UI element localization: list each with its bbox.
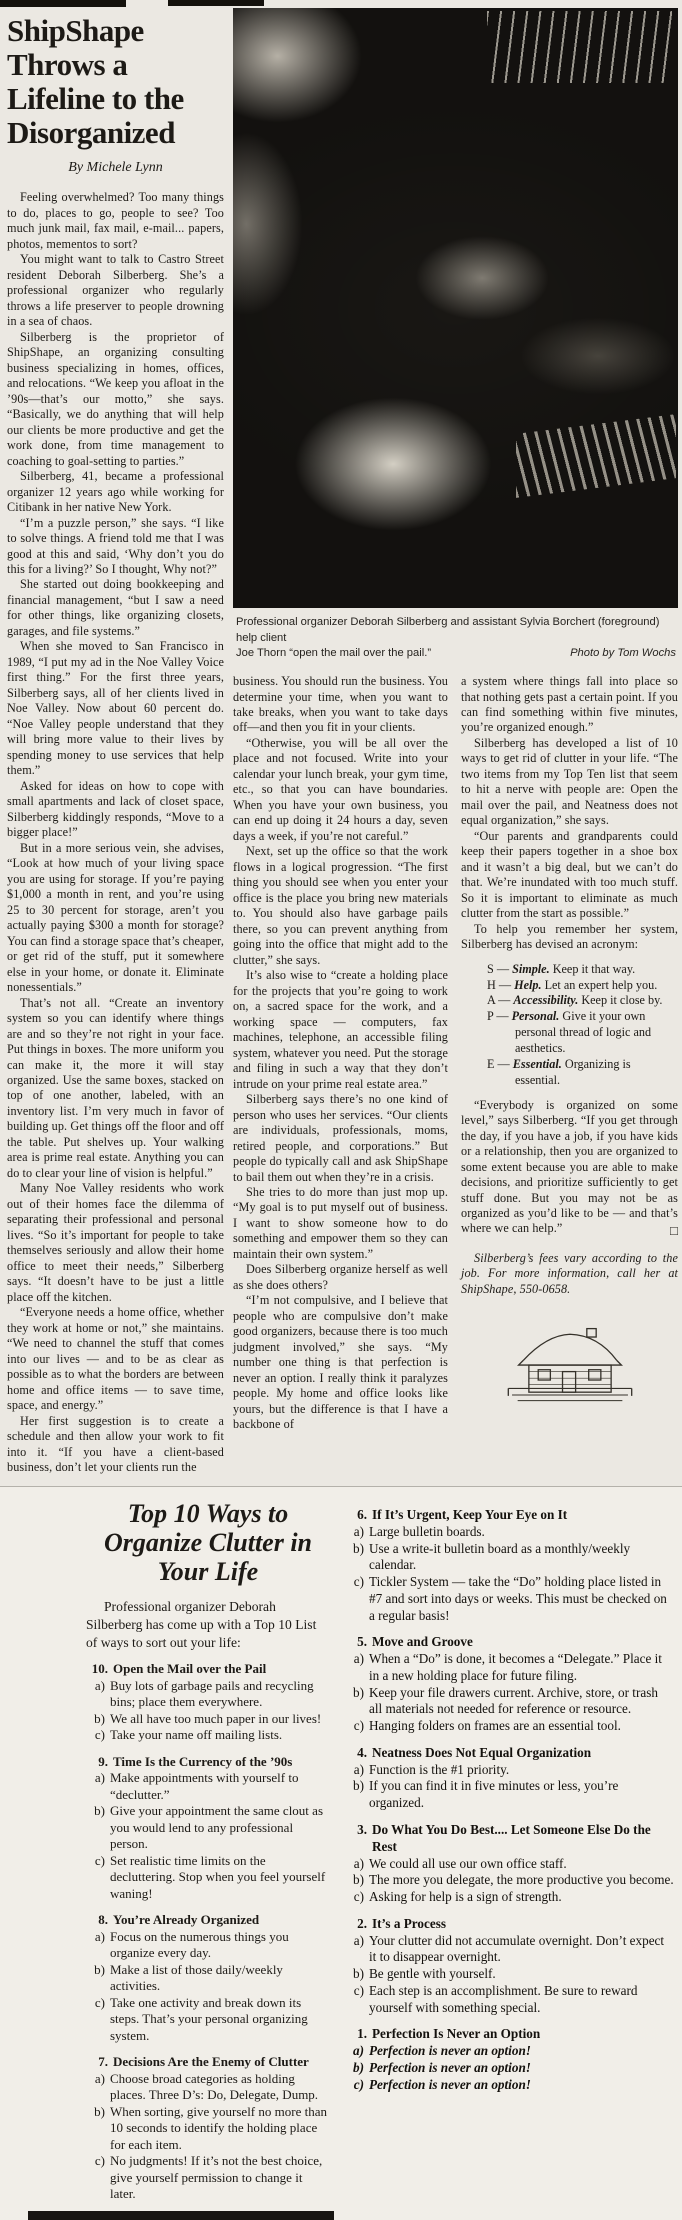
article-paragraph: Many Noe Valley residents who work out o…: [7, 1181, 224, 1305]
cabin-illustration: [495, 1323, 645, 1409]
point-text: Perfection is never an option!: [369, 2043, 531, 2060]
top-ten-left-column: Top 10 Ways to Organize Clutter in Your …: [86, 1497, 330, 2220]
top-ten-item-heading: 10.Open the Mail over the Pail: [86, 1661, 330, 1678]
point-label: b): [345, 1778, 364, 1812]
top-ten-item: 2.It’s a Processa)Your clutter did not a…: [345, 1916, 674, 2017]
acronym-term: Essential.: [513, 1057, 562, 1071]
top-ten-item: 5.Move and Groovea)When a “Do” is done, …: [345, 1634, 674, 1735]
point-text: Perfection is never an option!: [369, 2077, 531, 2094]
top-ten-point: a)Your clutter did not accumulate overni…: [345, 1933, 674, 1967]
point-label: a): [345, 2043, 364, 2060]
top-ten-point: a)Focus on the numerous things you organ…: [86, 1929, 330, 1962]
top-ten-item: 4.Neatness Does Not Equal Organizationa)…: [345, 1745, 674, 1812]
acronym-entry: A — Accessibility. Keep it close by.: [487, 993, 678, 1009]
acronym-term: Help.: [514, 978, 541, 992]
article-lower-columns: business. You should run the business. Y…: [233, 662, 678, 1433]
article-paragraph: business. You should run the business. Y…: [233, 674, 448, 736]
top-ten-point: c)Take your name off mailing lists.: [86, 1727, 330, 1744]
item-title: Neatness Does Not Equal Organization: [372, 1745, 591, 1762]
page-crop-artifact: [28, 2211, 334, 2220]
acronym-entry: S — Simple. Keep it that way.: [487, 962, 678, 978]
article-paragraph: That’s not all. “Create an inventory sys…: [7, 996, 224, 1182]
top-ten-item: 3.Do What You Do Best.... Let Someone El…: [345, 1822, 674, 1906]
point-text: Give your appointment the same clout as …: [110, 1803, 330, 1853]
photo-folder-fan-highlight: [516, 414, 676, 498]
item-number: 10.: [86, 1661, 108, 1678]
point-label: c): [345, 1983, 364, 2017]
item-number: 1.: [345, 2026, 367, 2043]
point-text: The more you delegate, the more producti…: [369, 1872, 674, 1889]
top-ten-point: c)Each step is an accomplishment. Be sur…: [345, 1983, 674, 2017]
article-paragraph: “I’m a puzzle person,” she says. “I like…: [7, 516, 224, 578]
point-label: a): [345, 1933, 364, 1967]
article-paragraph: Silberberg, 41, became a professional or…: [7, 469, 224, 515]
point-label: c): [86, 2153, 105, 2203]
point-text: Focus on the numerous things you organiz…: [110, 1929, 330, 1962]
top-ten-point: c)Take one activity and break down its s…: [86, 1995, 330, 2045]
item-title: Perfection Is Never an Option: [372, 2026, 540, 2043]
point-text: Be gentle with yourself.: [369, 1966, 496, 1983]
item-title: It’s a Process: [372, 1916, 446, 1933]
top-ten-point: a)When a “Do” is done, it becomes a “Del…: [345, 1651, 674, 1685]
top-ten-sidebar: Top 10 Ways to Organize Clutter in Your …: [0, 1487, 682, 2220]
top-ten-item: 9.Time Is the Currency of the ’90sa)Make…: [86, 1754, 330, 1903]
article-paragraph: You might want to talk to Castro Street …: [7, 252, 224, 329]
article-column-1: ShipShape Throws a Lifeline to the Disor…: [0, 0, 233, 1486]
article-paragraph: She started out doing bookkeeping and fi…: [7, 577, 224, 639]
point-text: Set realistic time limits on the declutt…: [110, 1853, 330, 1903]
article-paragraph: “I’m not compulsive, and I believe that …: [233, 1293, 448, 1432]
top-ten-point: b)Keep your file drawers current. Archiv…: [345, 1685, 674, 1719]
top-ten-item: 8.You’re Already Organizeda)Focus on the…: [86, 1912, 330, 2044]
top-ten-point: c)Perfection is never an option!: [345, 2077, 674, 2094]
article-paragraph: Silberberg says there’s no one kind of p…: [233, 1092, 448, 1185]
item-title: If It’s Urgent, Keep Your Eye on It: [372, 1507, 567, 1524]
acronym-term: Simple.: [512, 962, 550, 976]
item-title: You’re Already Organized: [113, 1912, 259, 1929]
item-title: Decisions Are the Enemy of Clutter: [113, 2054, 309, 2071]
shape-acronym-list: S — Simple. Keep it that way.H — Help. L…: [487, 962, 678, 1089]
article-paragraph: To help you remember her system, Silberb…: [461, 922, 678, 953]
point-text: Keep your file drawers current. Archive,…: [369, 1685, 674, 1719]
top-ten-intro: Professional organizer Deborah Silberber…: [86, 1598, 330, 1651]
item-number: 3.: [345, 1822, 367, 1856]
point-text: Make appointments with yourself to “decl…: [110, 1770, 330, 1803]
item-number: 5.: [345, 1634, 367, 1651]
top-ten-item: 10.Open the Mail over the Paila)Buy lots…: [86, 1661, 330, 1744]
cabin-illustration-wrap: [461, 1323, 678, 1414]
byline: By Michele Lynn: [7, 160, 224, 176]
point-label: b): [345, 1966, 364, 1983]
top-ten-point: a)Function is the #1 priority.: [345, 1762, 674, 1779]
photo-caption-line2: Joe Thorn “open the mail over the pail.”: [236, 646, 431, 662]
point-text: If you can find it in five minutes or le…: [369, 1778, 674, 1812]
top-ten-item-heading: 6.If It’s Urgent, Keep Your Eye on It: [345, 1507, 674, 1524]
acronym-letter: A —: [487, 993, 513, 1007]
point-label: b): [345, 1685, 364, 1719]
article-column-2: business. You should run the business. Y…: [233, 674, 448, 1433]
article-column-1-text: Feeling overwhelmed? Too many things to …: [7, 190, 224, 1475]
point-text: We could all use our own office staff.: [369, 1856, 567, 1873]
top-ten-items-10-7: 10.Open the Mail over the Paila)Buy lots…: [86, 1661, 330, 2203]
article-paragraph: She tries to do more than just mop up. “…: [233, 1185, 448, 1262]
photo-caption: Professional organizer Deborah Silberber…: [233, 608, 678, 662]
article-paragraph: But in a more serious vein, she advises,…: [7, 841, 224, 996]
acronym-entry: H — Help. Let an expert help you.: [487, 978, 678, 994]
article-paragraph: “Otherwise, you will be all over the pla…: [233, 736, 448, 844]
point-label: a): [86, 1770, 105, 1803]
item-number: 2.: [345, 1916, 367, 1933]
top-ten-point: c)Set realistic time limits on the declu…: [86, 1853, 330, 1903]
point-label: a): [86, 1678, 105, 1711]
top-ten-point: b)We all have too much paper in our live…: [86, 1711, 330, 1728]
top-ten-item-heading: 7.Decisions Are the Enemy of Clutter: [86, 2054, 330, 2071]
article-paragraph: Asked for ideas on how to cope with smal…: [7, 779, 224, 841]
top-ten-item-heading: 5.Move and Groove: [345, 1634, 674, 1651]
top-ten-point: b)Perfection is never an option!: [345, 2060, 674, 2077]
end-of-article-mark: □: [657, 1224, 678, 1237]
acronym-term: Accessibility.: [513, 993, 578, 1007]
point-text: Buy lots of garbage pails and recycling …: [110, 1678, 330, 1711]
point-text: Function is the #1 priority.: [369, 1762, 509, 1779]
point-text: No judgments! If it’s not the best choic…: [110, 2153, 330, 2203]
item-number: 7.: [86, 2054, 108, 2071]
top-ten-item: 1.Perfection Is Never an Optiona)Perfect…: [345, 2026, 674, 2093]
point-text: Use a write-it bulletin board as a month…: [369, 1541, 674, 1575]
point-text: Take one activity and break down its ste…: [110, 1995, 330, 2045]
point-text: Tickler System — take the “Do” holding p…: [369, 1574, 674, 1624]
print-crop-artifact: [0, 0, 126, 7]
acronym-letter: S —: [487, 962, 512, 976]
top-ten-item-heading: 1.Perfection Is Never an Option: [345, 2026, 674, 2043]
point-label: b): [345, 1541, 364, 1575]
item-title: Open the Mail over the Pail: [113, 1661, 266, 1678]
top-ten-point: a)Make appointments with yourself to “de…: [86, 1770, 330, 1803]
photo-file-shelf-highlight: [487, 11, 672, 83]
acronym-letter: E —: [487, 1057, 513, 1071]
point-text: Asking for help is a sign of strength.: [369, 1889, 562, 1906]
point-label: a): [345, 1856, 364, 1873]
top-ten-point: c)No judgments! If it’s not the best cho…: [86, 2153, 330, 2203]
item-number: 9.: [86, 1754, 108, 1771]
point-label: a): [345, 1762, 364, 1779]
top-ten-point: b)When sorting, give yourself no more th…: [86, 2104, 330, 2154]
point-text: When sorting, give yourself no more than…: [110, 2104, 330, 2154]
top-ten-point: b)The more you delegate, the more produc…: [345, 1872, 674, 1889]
article-paragraph: “Our parents and grandparents could keep…: [461, 829, 678, 922]
point-label: a): [345, 1524, 364, 1541]
point-label: c): [345, 2077, 364, 2094]
point-text: When a “Do” is done, it becomes a “Deleg…: [369, 1651, 674, 1685]
top-ten-item-heading: 4.Neatness Does Not Equal Organization: [345, 1745, 674, 1762]
item-number: 6.: [345, 1507, 367, 1524]
item-title: Move and Groove: [372, 1634, 473, 1651]
point-label: a): [86, 1929, 105, 1962]
point-text: Take your name off mailing lists.: [110, 1727, 282, 1744]
point-label: c): [345, 1574, 364, 1624]
point-label: c): [86, 1995, 105, 2045]
item-title: Time Is the Currency of the ’90s: [113, 1754, 292, 1771]
point-label: b): [86, 1803, 105, 1853]
headline: ShipShape Throws a Lifeline to the Disor…: [7, 14, 224, 150]
top-ten-point: b)Make a list of those daily/weekly acti…: [86, 1962, 330, 1995]
photo-credit: Photo by Tom Wochs: [570, 646, 676, 662]
article-column-3: a system where things fall into place so…: [461, 674, 678, 1433]
point-text: Large bulletin boards.: [369, 1524, 485, 1541]
article-paragraph: “Everyone needs a home office, whether t…: [7, 1305, 224, 1413]
point-label: b): [86, 2104, 105, 2154]
article-paragraph: It’s also wise to “create a holding plac…: [233, 968, 448, 1092]
article-right-side: Professional organizer Deborah Silberber…: [233, 0, 682, 1486]
point-label: c): [345, 1889, 364, 1906]
top-ten-point: a)We could all use our own office staff.: [345, 1856, 674, 1873]
article-closing-paragraph: “Everybody is organized on some level,” …: [461, 1098, 678, 1237]
point-text: We all have too much paper in our lives!: [110, 1711, 321, 1728]
top-ten-items-6-1: 6.If It’s Urgent, Keep Your Eye on Ita)L…: [345, 1497, 674, 2220]
top-ten-point: c)Asking for help is a sign of strength.: [345, 1889, 674, 1906]
fee-note: Silberberg’s fees vary according to the …: [461, 1251, 678, 1297]
article-paragraph: When she moved to San Francisco in 1989,…: [7, 639, 224, 778]
top-ten-item-heading: 8.You’re Already Organized: [86, 1912, 330, 1929]
point-text: Perfection is never an option!: [369, 2060, 531, 2077]
item-number: 8.: [86, 1912, 108, 1929]
article-section: ShipShape Throws a Lifeline to the Disor…: [0, 0, 682, 1486]
acronym-term: Personal.: [512, 1009, 560, 1023]
top-ten-point: c)Hanging folders on frames are an essen…: [345, 1718, 674, 1735]
top-ten-point: a)Perfection is never an option!: [345, 2043, 674, 2060]
point-text: Each step is an accomplishment. Be sure …: [369, 1983, 674, 2017]
article-paragraph: Next, set up the office so that the work…: [233, 844, 448, 968]
point-text: Make a list of those daily/weekly activi…: [110, 1962, 330, 1995]
point-label: c): [86, 1853, 105, 1903]
point-text: Choose broad categories as holding place…: [110, 2071, 330, 2104]
article-paragraph: Feeling overwhelmed? Too many things to …: [7, 190, 224, 252]
top-ten-title: Top 10 Ways to Organize Clutter in Your …: [86, 1499, 330, 1586]
top-ten-point: c)Tickler System — take the “Do” holding…: [345, 1574, 674, 1624]
top-ten-point: b)Be gentle with yourself.: [345, 1966, 674, 1983]
top-ten-item-heading: 2.It’s a Process: [345, 1916, 674, 1933]
acronym-entry: E — Essential. Organizing is essential.: [487, 1057, 678, 1089]
point-label: b): [86, 1711, 105, 1728]
top-ten-item-heading: 9.Time Is the Currency of the ’90s: [86, 1754, 330, 1771]
article-paragraph: Does Silberberg organize herself as well…: [233, 1262, 448, 1293]
top-ten-point: b)Use a write-it bulletin board as a mon…: [345, 1541, 674, 1575]
top-ten-point: b)If you can find it in five minutes or …: [345, 1778, 674, 1812]
top-ten-point: a)Buy lots of garbage pails and recyclin…: [86, 1678, 330, 1711]
point-label: b): [86, 1962, 105, 1995]
acronym-letter: P —: [487, 1009, 512, 1023]
article-paragraph: Silberberg has developed a list of 10 wa…: [461, 736, 678, 829]
top-ten-point: a)Large bulletin boards.: [345, 1524, 674, 1541]
acronym-letter: H —: [487, 978, 514, 992]
article-paragraph: Silberberg is the proprietor of ShipShap…: [7, 330, 224, 469]
top-ten-point: a)Choose broad categories as holding pla…: [86, 2071, 330, 2104]
point-label: b): [345, 1872, 364, 1889]
top-ten-item-heading: 3.Do What You Do Best.... Let Someone El…: [345, 1822, 674, 1856]
article-paragraph: a system where things fall into place so…: [461, 674, 678, 736]
point-label: c): [86, 1727, 105, 1744]
article-paragraph: Her first suggestion is to create a sche…: [7, 1414, 224, 1476]
point-label: a): [86, 2071, 105, 2104]
top-ten-item: 6.If It’s Urgent, Keep Your Eye on Ita)L…: [345, 1507, 674, 1624]
top-ten-point: b)Give your appointment the same clout a…: [86, 1803, 330, 1853]
photo-caption-line1: Professional organizer Deborah Silberber…: [236, 615, 676, 646]
point-text: Your clutter did not accumulate overnigh…: [369, 1933, 674, 1967]
point-label: a): [345, 1651, 364, 1685]
newspaper-page: ShipShape Throws a Lifeline to the Disor…: [0, 0, 682, 2220]
print-crop-artifact: [168, 0, 264, 6]
item-number: 4.: [345, 1745, 367, 1762]
item-title: Do What You Do Best.... Let Someone Else…: [372, 1822, 674, 1856]
acronym-entry: P — Personal. Give it your own personal …: [487, 1009, 678, 1057]
article-photo: [233, 8, 678, 608]
point-text: Hanging folders on frames are an essenti…: [369, 1718, 621, 1735]
point-label: c): [345, 1718, 364, 1735]
point-label: b): [345, 2060, 364, 2077]
top-ten-item: 7.Decisions Are the Enemy of Cluttera)Ch…: [86, 2054, 330, 2203]
